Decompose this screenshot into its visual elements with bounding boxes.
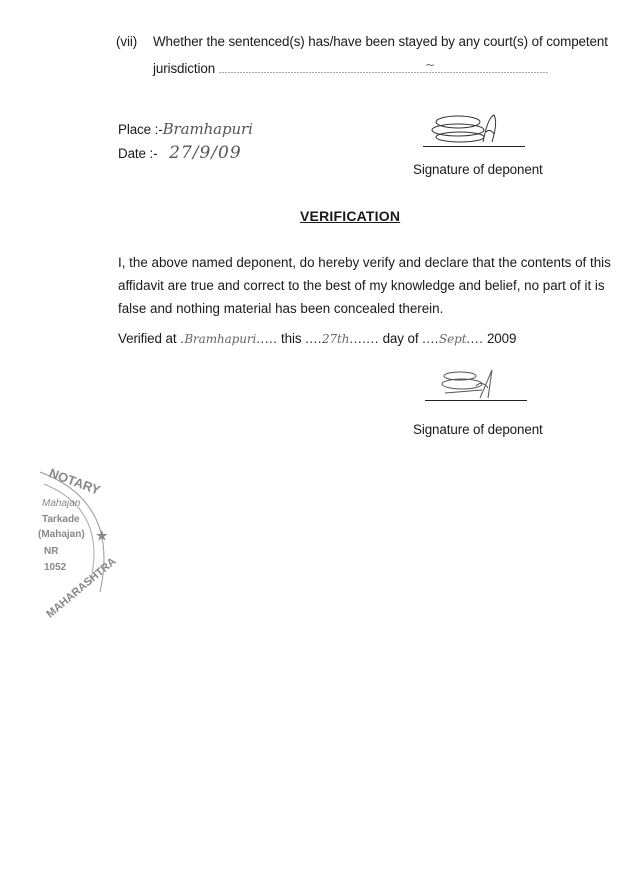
item-vii-line1: Whether the sentenced(s) has/have been s… (153, 34, 608, 49)
jurisdiction-label: jurisdiction (153, 61, 215, 76)
verified-at-label: Verified at (118, 331, 176, 346)
signature-caption: Signature of deponent (413, 162, 543, 177)
signature-icon (428, 112, 528, 148)
notary-number: 1052 (44, 562, 66, 573)
notary-name: Tarkade (42, 514, 80, 525)
place-label: Place :- (118, 122, 163, 137)
verification-line: I, the above named deponent, do hereby v… (118, 255, 611, 270)
handwritten-mark: ~ (425, 58, 435, 72)
day-of-label: day of (383, 331, 419, 346)
verification-line: false and nothing material has been conc… (118, 301, 443, 316)
date-value: 27/9/09 (169, 143, 242, 163)
date-label: Date :- (118, 146, 158, 161)
star-icon: ★ (96, 528, 108, 544)
signature-caption: Signature of deponent (413, 422, 543, 437)
place-value: Bramhapuri (163, 120, 253, 138)
day-value: 27th (322, 332, 349, 346)
item-number: (vii) (116, 34, 137, 49)
year: 2009 (487, 331, 516, 346)
jurisdiction-dots: ........................................… (219, 65, 549, 75)
place-field: Place :-Bramhapuri (118, 120, 253, 138)
verified-at-value: Bramhapuri (184, 332, 256, 346)
signature-line (425, 400, 527, 401)
this-label: this (281, 331, 301, 346)
notary-stamp: NOTARY Mahajan Tarkade (Mahajan) ★ NR 10… (30, 462, 130, 612)
verified-at-line: Verified at .Bramhapuri..... this ....27… (118, 331, 516, 346)
date-field: Date :- 27/9/09 (118, 143, 242, 163)
item-vii-line2: jurisdiction ...........................… (153, 61, 549, 76)
notary-name-sub: (Mahajan) (38, 529, 85, 540)
verification-line: affidavit are true and correct to the be… (118, 278, 605, 293)
month-value: Sept (439, 332, 466, 346)
signature-line (423, 146, 525, 147)
verification-heading: VERIFICATION (300, 208, 400, 224)
signature-icon (440, 368, 520, 402)
notary-signature: Mahajan (42, 498, 80, 509)
notary-region: NR (44, 546, 58, 557)
